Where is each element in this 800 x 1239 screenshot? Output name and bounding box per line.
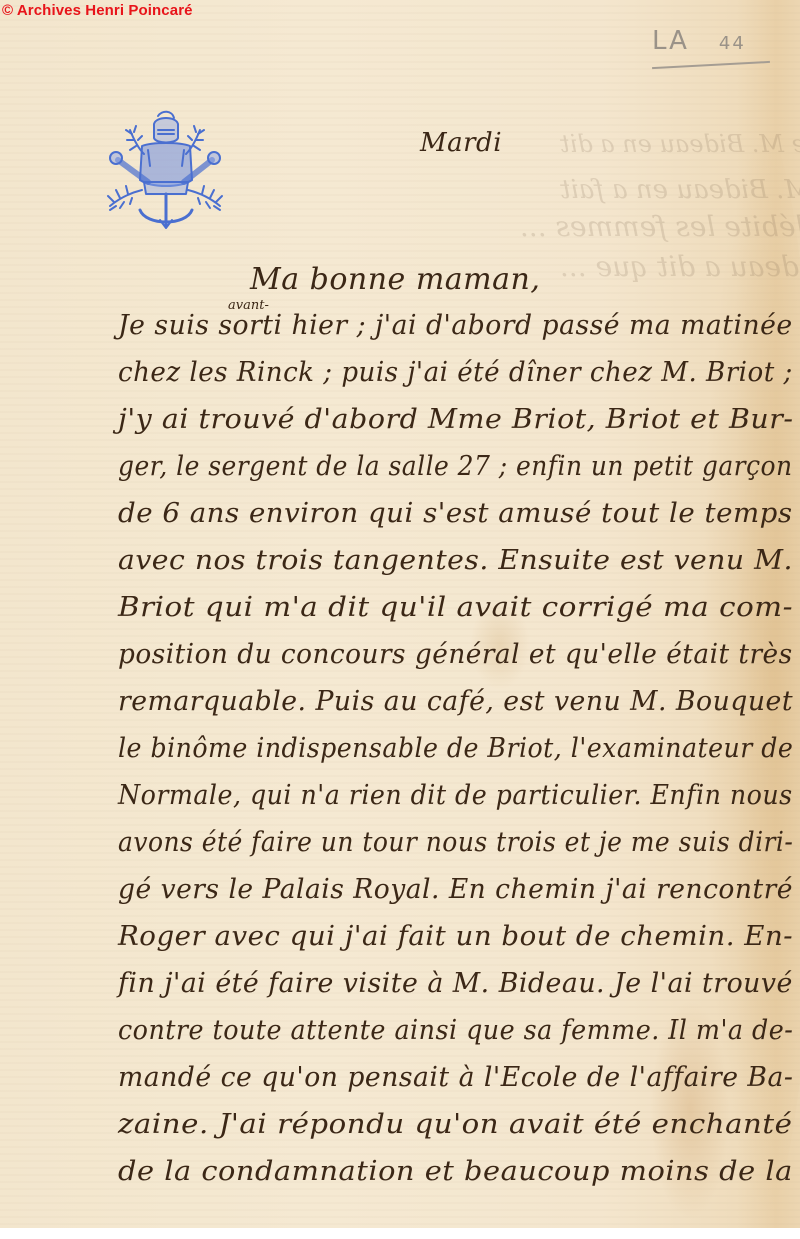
letter-page: comme la lettre M. Bideau en a dit avec … (0, 0, 800, 1228)
paper-stain-right (700, 120, 800, 1220)
letter-line: Je suis sorti hier ; j'ai d'abord passé … (118, 310, 793, 341)
bleed-through-text: avec M. Bideau en a fait (560, 175, 800, 205)
archive-mark-number: 44 (719, 33, 746, 54)
archive-mark-underline (652, 61, 770, 69)
letter-line: fin j'ai été faire visite à M. Bideau. J… (118, 968, 793, 999)
letter-line: gé vers le Palais Royal. En chemin j'ai … (118, 874, 793, 905)
letter-line: j'y ai trouvé d'abord Mme Briot, Briot e… (118, 404, 794, 435)
bleed-through-text: débite les femmes ... (520, 210, 800, 243)
letter-line: Briot qui m'a dit qu'il avait corrigé ma… (118, 592, 793, 623)
letter-line: contre toute attente ainsi que sa femme.… (118, 1015, 793, 1046)
letter-line: position du concours général et qu'elle … (118, 639, 793, 670)
letter-line: zaine. J'ai répondu qu'on avait été ench… (118, 1109, 793, 1140)
letter-line: le binôme indispensable de Briot, l'exam… (118, 733, 793, 764)
archive-reference-mark: LA44 (652, 26, 746, 56)
letter-line: chez les Rinck ; puis j'ai été dîner che… (118, 357, 793, 388)
letter-line: ger, le sergent de la salle 27 ; enfin u… (118, 451, 793, 482)
letter-salutation: Ma bonne maman, (250, 262, 540, 297)
letter-line: Normale, qui n'a rien dit de particulier… (118, 780, 793, 811)
coat-of-arms-crest-icon (100, 110, 230, 240)
archive-mark-letters: LA (652, 26, 689, 56)
letter-line: de la condamnation et beaucoup moins de … (118, 1156, 793, 1187)
letter-line: de 6 ans environ qui s'est amusé tout le… (118, 498, 793, 529)
letter-line: Roger avec qui j'ai fait un bout de chem… (118, 921, 793, 952)
letter-line: remarquable. Puis au café, est venu M. B… (118, 686, 793, 717)
letter-line: mandé ce qu'on pensait à l'Ecole de l'af… (118, 1062, 793, 1093)
letter-line: avons été faire un tour nous trois et je… (118, 827, 793, 858)
copyright-notice: © Archives Henri Poincaré (2, 2, 193, 19)
bleed-through-text: comme la lettre M. Bideau en a dit (560, 130, 800, 158)
bleed-through-text: Bideau a dit que ... (560, 250, 800, 283)
letter-date: Mardi (420, 128, 502, 158)
scan-bottom-margin (0, 1228, 800, 1239)
letter-line: avec nos trois tangentes. Ensuite est ve… (118, 545, 793, 576)
